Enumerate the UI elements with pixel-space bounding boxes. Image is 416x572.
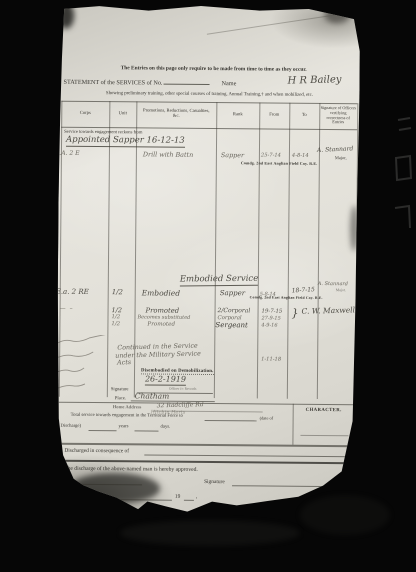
row0-rank: Sapper	[220, 289, 245, 297]
table-top-rule	[61, 101, 357, 105]
days-blank	[135, 430, 159, 431]
service-number-blank	[164, 80, 210, 85]
col-header-signature: Signature of Officers certifying correct…	[320, 106, 356, 126]
days-label: days.	[161, 425, 171, 430]
prelim-signature-rank: Major,	[335, 155, 347, 160]
row2-unit: 1/2	[111, 314, 120, 320]
demob-signature-label: Signature	[111, 386, 129, 391]
table-border-right	[355, 103, 359, 399]
film-edge-marks-icon	[390, 112, 414, 242]
home-address-value: 32 Radcliffe Rd	[157, 401, 204, 409]
character-label: CHARACTER.	[295, 408, 353, 414]
comma-mark: ,	[196, 494, 197, 500]
prelim-from-date: 25-7-14	[261, 152, 281, 158]
name-handwritten: H R Bailey	[287, 74, 341, 86]
total-service-line: Total service towards engagement in the …	[71, 413, 183, 419]
row3-promotion: Promoted	[147, 321, 175, 327]
years-label: years	[119, 424, 129, 429]
section-rule-3	[56, 460, 354, 465]
row1-corps-ditto: —–	[60, 305, 77, 312]
prelim-promotion: Drill with Battn	[143, 150, 193, 158]
home-address-label: Home Address	[113, 404, 142, 410]
row1-signature: C. W. Maxwell	[301, 305, 355, 315]
row0-to-date: 18-7-15	[292, 286, 316, 294]
form-subtitle: Showing preliminary training, other spec…	[61, 91, 357, 99]
col-header-unit: Unit	[109, 110, 136, 116]
row3-unit: 1/2	[111, 321, 120, 327]
bottom-signature-blank	[232, 485, 348, 487]
continued-date: 1-11-18	[261, 356, 281, 362]
prelim-signature: A. Stannard	[317, 145, 354, 154]
page-instruction: The Entries on this page only require to…	[76, 65, 352, 74]
row0-promotion: Embodied	[142, 288, 180, 297]
row2-promotion: Becomes substituted	[137, 314, 190, 320]
section-rule-2	[58, 443, 354, 447]
col-header-from: From	[259, 111, 289, 117]
demob-place-value: Chatham	[135, 391, 170, 400]
margin-scribbles	[53, 335, 112, 400]
years-blank	[89, 430, 117, 431]
col-header-promotions: Promotions, Reductions, Casualties, &c.	[140, 107, 212, 118]
row3-rank: Sergeant	[215, 321, 247, 329]
demob-date: 26-2-1919	[145, 374, 186, 385]
discharge-paren-label: Discharge)	[61, 424, 82, 430]
mount-smudge	[300, 495, 390, 535]
bottom-signature-label: Signature	[204, 479, 225, 485]
prelim-unit-stamp: Comdg. 2nd East Anglian Field Coy. R.E.	[241, 161, 318, 166]
section-rule-1	[59, 402, 355, 406]
prelim-corps: E.A. 2 E	[55, 150, 80, 157]
table-line-promotions	[214, 102, 218, 398]
date-of-label: (date of	[260, 415, 274, 420]
paper-edge-mark	[350, 205, 358, 251]
rows-brace: }	[291, 307, 298, 320]
col-header-corps: Corps	[61, 110, 109, 116]
col-header-rank: Rank	[216, 111, 259, 117]
embodied-heading: Embodied Service	[180, 274, 258, 287]
year-prefix: 19	[175, 494, 180, 500]
character-box-left	[292, 404, 293, 445]
scanned-service-record-page: The Entries on this page only require to…	[52, 3, 364, 520]
film-photo-frame: The Entries on this page only require to…	[0, 0, 416, 572]
total-service-blank	[205, 420, 257, 421]
row0-signature-rank: Major.	[336, 288, 346, 292]
continued-note-3: Acts	[117, 358, 131, 366]
discharged-line: Discharged in consequence of	[64, 448, 129, 455]
paper-tear-smudge	[58, 3, 74, 29]
row0-unit: 1/2	[112, 288, 123, 296]
col-header-to: To	[289, 112, 319, 118]
demob-officer-label: Officer i/c Records	[169, 387, 197, 391]
row1-from-date: 19-7-15	[262, 308, 283, 314]
discharged-blank	[144, 454, 352, 457]
row1-unit: 1/2	[112, 306, 123, 314]
row0-signature: A. Stannard	[318, 281, 348, 287]
row2-from-date: 27-9-15	[261, 315, 280, 321]
year-blank	[184, 500, 194, 501]
appointed-entry: Appointed Sapper 16-12-13	[66, 135, 185, 148]
prelim-to-date: 4-8-14	[292, 153, 309, 159]
row1-rank: 2/Corporal	[218, 307, 251, 314]
row1-promotion: Promoted	[146, 306, 180, 314]
approval-line: The discharge of the above-named man is …	[64, 466, 198, 474]
service-reckons-note: Service towards engagement reckons from	[64, 129, 142, 135]
table-line-rank	[257, 102, 261, 398]
row0-corps: E.a. 2 RE	[56, 288, 89, 296]
mount-smudge	[120, 520, 300, 546]
statement-prefix: STATEMENT of the SERVICES of No.	[64, 79, 163, 87]
demob-place-label: Place.	[115, 395, 126, 400]
table-line-from	[287, 103, 291, 399]
name-label: Name	[222, 80, 237, 87]
paper-crease	[207, 12, 356, 35]
station-label: Station	[47, 478, 62, 484]
prelim-rank: Sapper	[221, 151, 244, 159]
row3-from-date: 4-9-16	[261, 322, 277, 328]
character-blank	[300, 435, 348, 436]
row0-unit-stamp: Comdg. 2nd East Anglian Field Coy. R.E.	[250, 295, 323, 300]
